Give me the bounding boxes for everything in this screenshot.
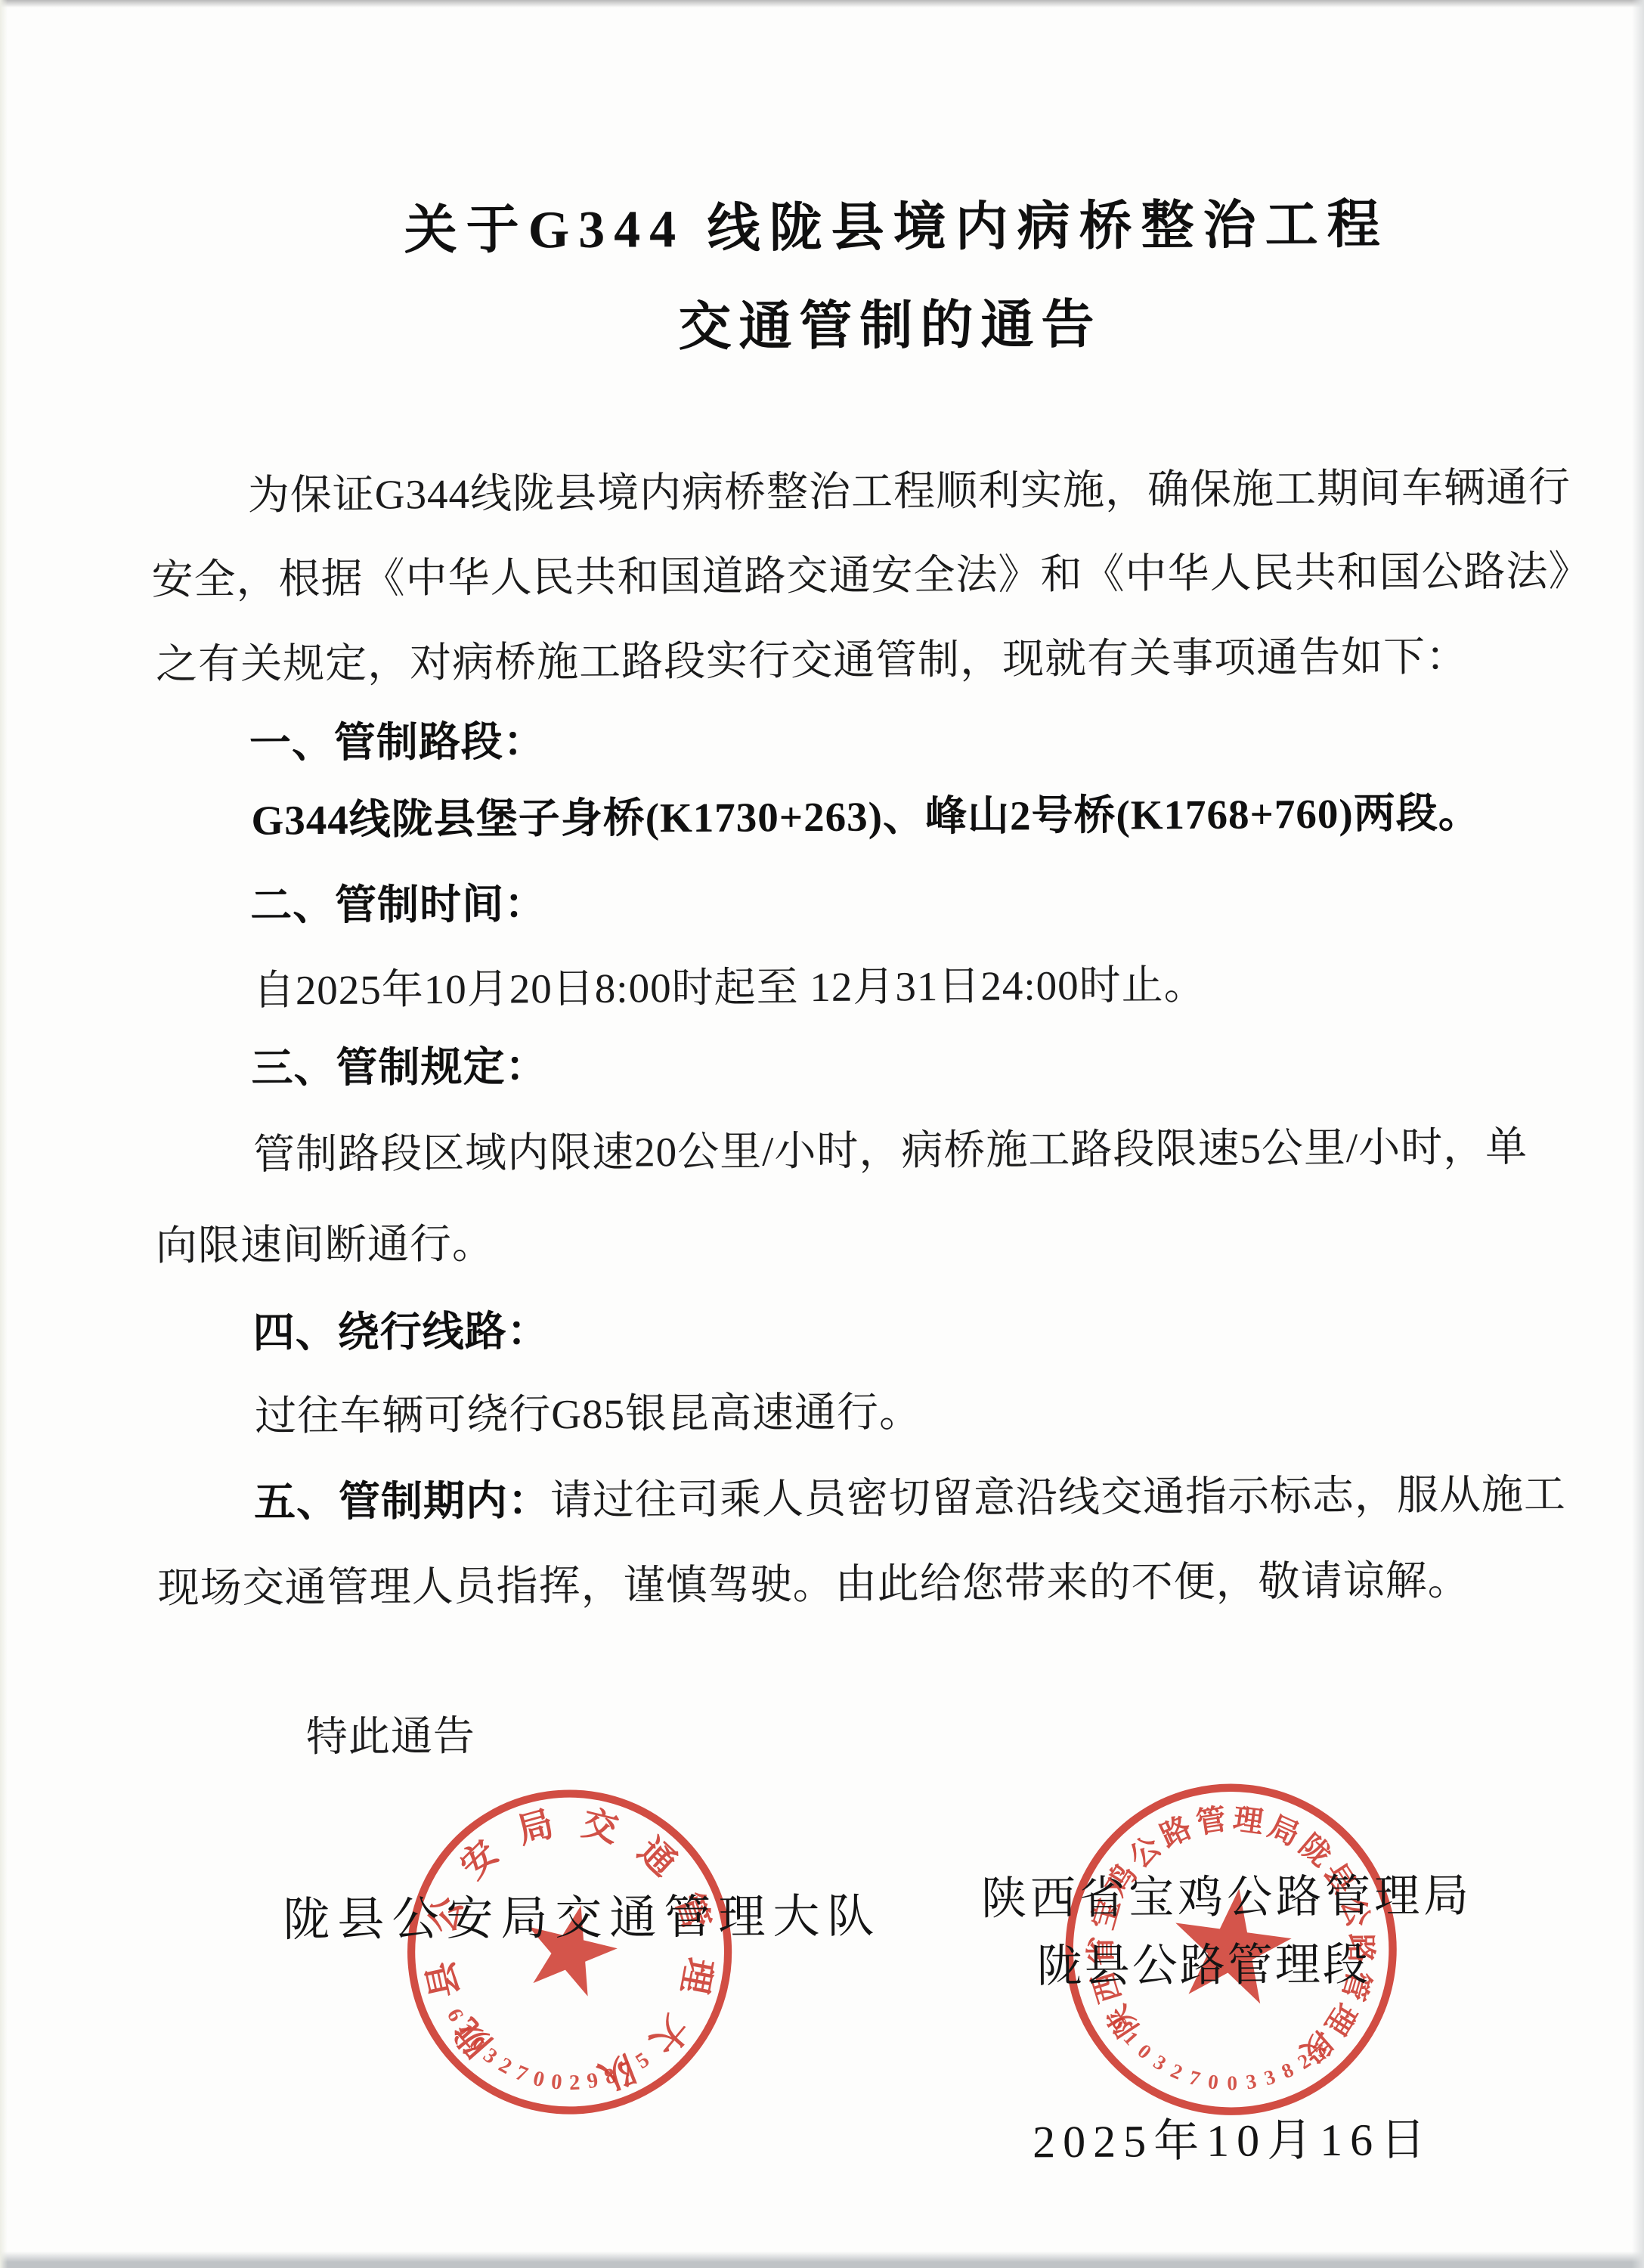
seal-serial-char: 0 [1133, 2040, 1156, 2064]
seal-ring-char: 理 [1231, 1802, 1266, 1839]
seal-serial-char: 0 [1227, 2071, 1237, 2094]
seal-serial-char: 0 [1206, 2070, 1219, 2094]
notice-content: 关于G344 线陇县境内病桥整治工程 交通管制的通告 为保证G344线陇县境内病… [0, 0, 1644, 2268]
notice-line: 现场交通管理人员指挥，谨慎驾驶。由此给您带来的不便，敬请谅解。 [157, 1557, 1469, 1612]
notice-date: 2025年10月16日 [1033, 2117, 1433, 2164]
seal-serial-char: 2 [568, 2071, 580, 2096]
notice-line: 三、管制规定： [251, 1043, 547, 1092]
notice-line: 向限速间断通行。 [156, 1221, 494, 1269]
notice-line: 二、管制时间： [250, 881, 546, 929]
left-official-seal: 陇县公安局交通管理大队6103270029875 [355, 1737, 785, 2167]
seal-serial-char: 8 [1278, 2058, 1297, 2083]
notice-line: 安全，根据《中华人民共和国道路交通安全法》和《中华人民共和国公路法》 [151, 548, 1590, 603]
seal-ring-char: 交 [578, 1804, 622, 1851]
seal-serial-char: 7 [1187, 2065, 1203, 2090]
right-signature-highway-section: 陇县公路管理段 [1037, 1942, 1370, 1990]
seal-serial-char: 3 [1244, 2070, 1258, 2094]
seal-serial-char: 2 [494, 2053, 515, 2079]
seal-ring-char: 管 [1194, 1802, 1229, 1840]
notice-line: 管制路段区域内限速20公里/小时，病桥施工路段限速5公里/小时，单 [253, 1123, 1528, 1178]
seal-ring-char: 县 [421, 1958, 467, 2001]
seal-serial-char: 0 [531, 2067, 546, 2092]
notice-line: 为保证G344线陇县境内病桥整治工程顺利实施，确保施工期间车辆通行 [248, 464, 1571, 519]
notice-line: 一、管制路段： [249, 718, 546, 767]
seal-ring-char: 局 [513, 1805, 558, 1852]
notice-line: 自2025年10月20日8:00时起至 12月31日24:00时止。 [253, 962, 1206, 1014]
notice-line: 四、绕行线路： [252, 1308, 549, 1356]
seal-serial-char: 2 [1167, 2059, 1186, 2084]
left-signature-police-brigade: 陇县公安局交通管理大队 [283, 1894, 881, 1944]
closing-line: 特此通告 [306, 1713, 475, 1761]
notice-line: 过往车辆可绕行G85银昆高速通行。 [255, 1389, 921, 1439]
notice-line: G344线陇县堡子身桥(K1730+263)、峰山2号桥(K1768+760)两… [251, 790, 1481, 844]
notice-line: 五、管制期内：请过往司乘人员密切留意沿线交通指示标志，服从施工 [254, 1471, 1566, 1526]
seal-ring-char: 路 [1156, 1811, 1197, 1854]
notice-line: 之有关规定，对病桥施工路段实行交通管制，现就有关事项通告如下： [156, 634, 1468, 688]
seal-serial-char: 7 [512, 2061, 531, 2087]
seal-serial-char: 0 [550, 2070, 563, 2094]
seal-serial-char: 3 [1262, 2065, 1278, 2090]
right-signature-highway-bureau: 陕西省宝鸡公路管理局 [981, 1873, 1472, 1922]
scanned-notice-page: 关于G344 线陇县境内病桥整治工程 交通管制的通告 为保证G344线陇县境内病… [0, 0, 1644, 2268]
seal-ring-char: 理 [673, 1955, 719, 1997]
seal-serial-char: 3 [1150, 2050, 1170, 2075]
notice-line-heading-prefix: 五、管制期内： [254, 1477, 550, 1525]
seal-ring-char: 局 [1263, 1810, 1304, 1852]
